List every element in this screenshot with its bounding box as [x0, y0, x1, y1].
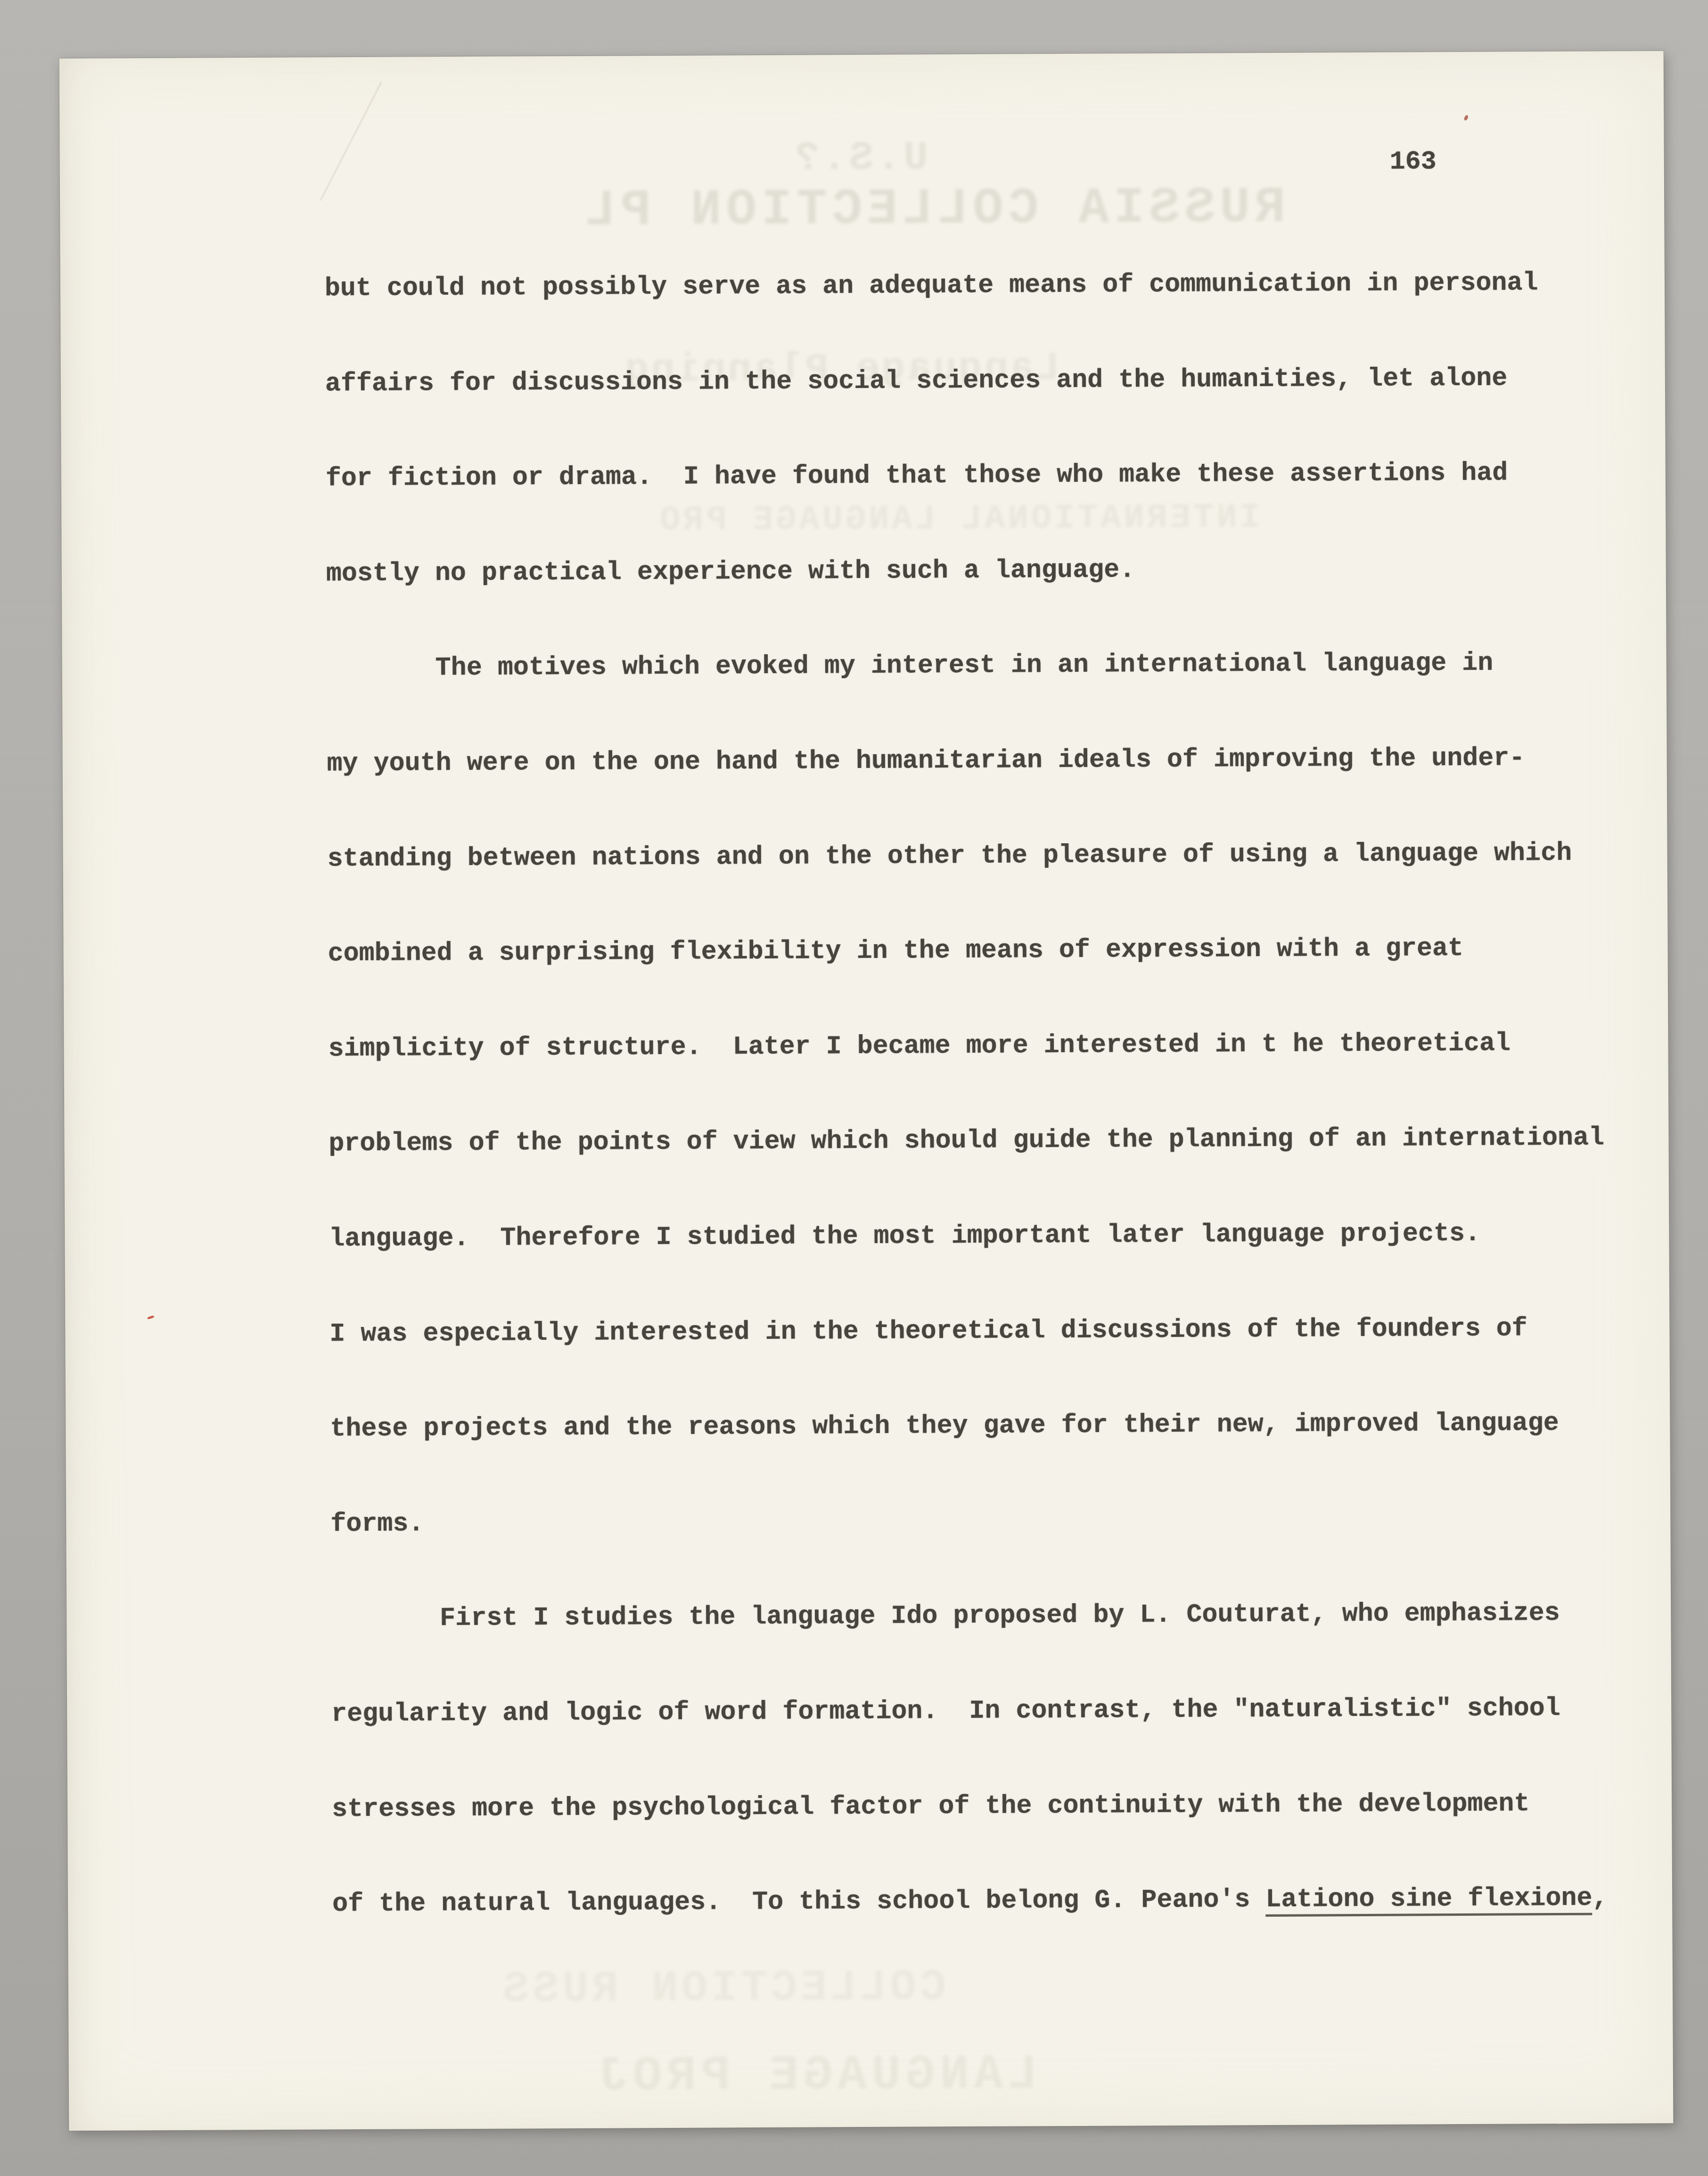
typed-line: combined a surprising flexibility in the…	[328, 935, 1463, 966]
typed-line: First I studies the language Ido propose…	[331, 1600, 1560, 1632]
page-number: 163	[1390, 148, 1437, 174]
typed-line: mostly no practical experience with such…	[326, 557, 1135, 586]
typed-line: regularity and logic of word formation. …	[331, 1695, 1560, 1727]
typed-text-block: but could not possibly serve as an adequ…	[59, 51, 1664, 58]
bleedthrough-text: INTERNATIONAL LANGUAGE PRO	[657, 498, 1260, 540]
typed-line: affairs for discussions in the social sc…	[325, 365, 1508, 397]
underlined-phrase: Lationo sine flexione	[1265, 1883, 1592, 1917]
scanned-document-screenshot: { "page": { "page_number": "163", "paper…	[0, 0, 1708, 2176]
typed-line: these projects and the reasons which the…	[330, 1410, 1559, 1442]
document-page: U.S.?RUSSIA COLLECTION PLLanguage Planni…	[59, 51, 1674, 2131]
typed-line: The motives which evoked my interest in …	[327, 650, 1494, 682]
typed-line: forms.	[330, 1510, 424, 1537]
bleedthrough-text: RUSSIA COLLECTION PL	[580, 179, 1286, 240]
paper-speck	[147, 1315, 155, 1319]
typed-line: language. Therefore I studied the most i…	[329, 1220, 1480, 1252]
typed-line: of the natural languages. To this school…	[332, 1885, 1608, 1917]
typed-line: my youth were on the one hand the humani…	[327, 745, 1525, 776]
typed-line: simplicity of structure. Later I became …	[328, 1030, 1511, 1062]
bleedthrough-text: COLLECTION RUSS	[499, 1962, 946, 2014]
typed-line: but could not possibly serve as an adequ…	[325, 270, 1538, 301]
bleedthrough-layer: U.S.?RUSSIA COLLECTION PLLanguage Planni…	[59, 51, 1664, 58]
paper-crease	[320, 82, 382, 201]
typed-line: problems of the points of view which sho…	[328, 1125, 1604, 1157]
bleedthrough-text: LANGUAGE PROJ	[594, 2047, 1038, 2104]
paper-speck	[1463, 115, 1469, 121]
typed-line: stresses more the psychological factor o…	[332, 1790, 1530, 1822]
bleedthrough-text: U.S.?	[792, 134, 928, 181]
typed-line: standing between nations and on the othe…	[328, 840, 1572, 872]
typed-line: I was especially interested in the theor…	[329, 1315, 1527, 1347]
typed-line: for fiction or drama. I have found that …	[326, 460, 1508, 492]
